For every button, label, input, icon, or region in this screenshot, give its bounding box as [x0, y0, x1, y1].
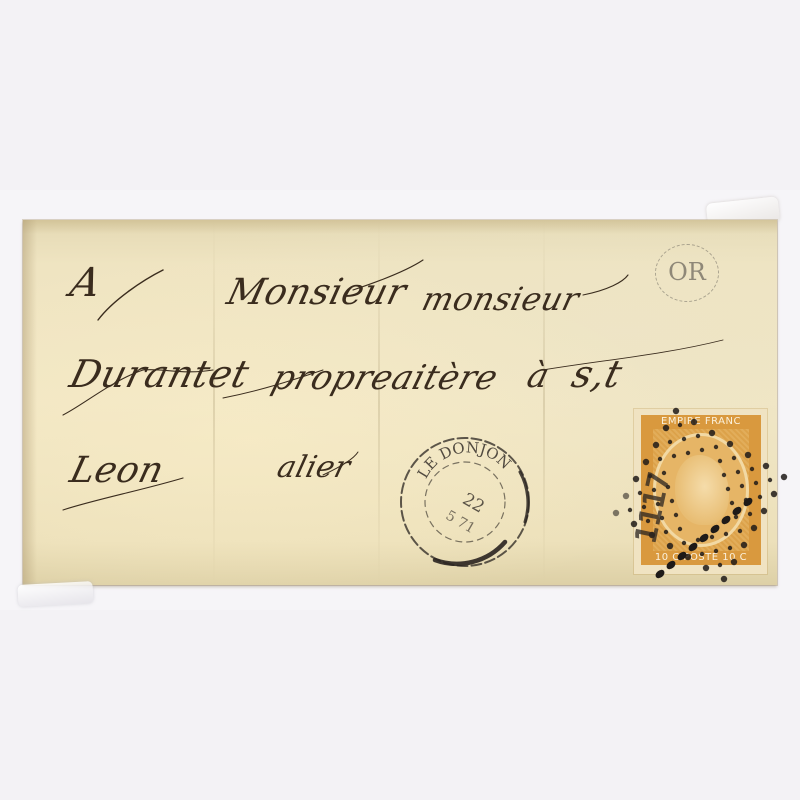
address-word: Durantet: [66, 352, 254, 396]
address-word: propreaitère: [267, 358, 502, 398]
postage-stamp-10c-napoleon: EMPIRE FRANC 10 C POSTE 10 C: [634, 409, 767, 574]
photo-scene: OR A Monsieur monsieur Durantet propreai…: [0, 0, 800, 800]
or-hand-stamp: OR: [655, 244, 719, 302]
le-donjon-datestamp: LE DONJON 22 5 71: [395, 432, 535, 572]
stamp-top-legend: EMPIRE FRANC: [641, 415, 761, 429]
or-text: OR: [656, 258, 718, 286]
sleeve-corner-bottom-left: [17, 581, 93, 607]
datestamp-day: 22: [459, 489, 488, 517]
address-word: à: [523, 356, 554, 396]
letter-cover: OR A Monsieur monsieur Durantet propreai…: [23, 220, 777, 585]
stamp-border-right: [749, 429, 761, 551]
stamp-design: EMPIRE FRANC 10 C POSTE 10 C: [641, 415, 761, 565]
address-word: A: [66, 260, 105, 306]
address-word: monsieur: [418, 280, 583, 318]
napoleon-portrait: [675, 455, 729, 525]
address-word: s,t: [568, 352, 627, 396]
address-word: alier: [274, 450, 354, 485]
stamp-portrait-oval: [653, 433, 749, 547]
paper-fold: [543, 220, 545, 585]
paper-fold: [213, 220, 215, 585]
stamp-border-left: [641, 429, 653, 551]
stamp-bottom-legend: 10 C POSTE 10 C: [641, 551, 761, 565]
address-word: Leon: [66, 450, 168, 491]
address-word: Monsieur: [223, 272, 411, 313]
